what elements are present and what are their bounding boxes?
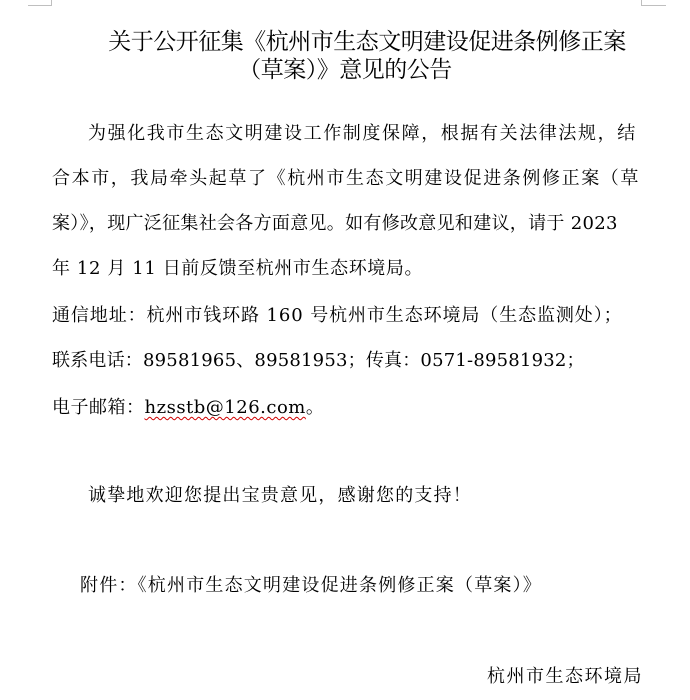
email-value[interactable]: hzsstb@126.com — [145, 397, 306, 418]
document-title-line-2: （草案）》意见的公告 — [0, 56, 690, 84]
attachment-line: 附件：《杭州市生态文明建设促进条例修正案（草案）》 — [80, 575, 542, 597]
contact-email: 电子邮箱：hzsstb@126.com。 — [52, 397, 324, 419]
contact-address: 通信地址：杭州市钱环路 160 号杭州市生态环境局（生态监测处）； — [52, 305, 623, 327]
body-line-4: 年 12 月 11 日前反馈至杭州市生态环境局。 — [52, 258, 423, 280]
phone-label: 联系电话： — [52, 350, 143, 371]
page-corner-mark-top-right — [641, 0, 666, 6]
email-label: 电子邮箱： — [52, 397, 145, 418]
body-line-1: 为强化我市生态文明建设工作制度保障，根据有关法律法规，结 — [88, 123, 637, 145]
closing-line: 诚挚地欢迎您提出宝贵意见，感谢您的支持！ — [88, 485, 472, 507]
address-value: 杭州市钱环路 160 号杭州市生态环境局（生态监测处）； — [147, 305, 623, 326]
phone-value: 89581965、89581953；传真：0571-89581932； — [143, 350, 585, 371]
signature: 杭州市生态环境局 — [487, 666, 643, 688]
page-corner-mark-top-left — [28, 0, 52, 6]
address-label: 通信地址： — [52, 305, 147, 326]
email-suffix: 。 — [306, 397, 325, 418]
body-line-3: 案）》，现广泛征集社会各方面意见。如有修改意见和建议，请于 2023 — [52, 213, 618, 235]
contact-phone: 联系电话：89581965、89581953；传真：0571-89581932； — [52, 350, 585, 372]
document-title-line-1: 关于公开征集《杭州市生态文明建设促进条例修正案 — [22, 28, 690, 56]
body-line-2: 合本市，我局牵头起草了《杭州市生态文明建设促进条例修正案（草 — [52, 168, 640, 190]
